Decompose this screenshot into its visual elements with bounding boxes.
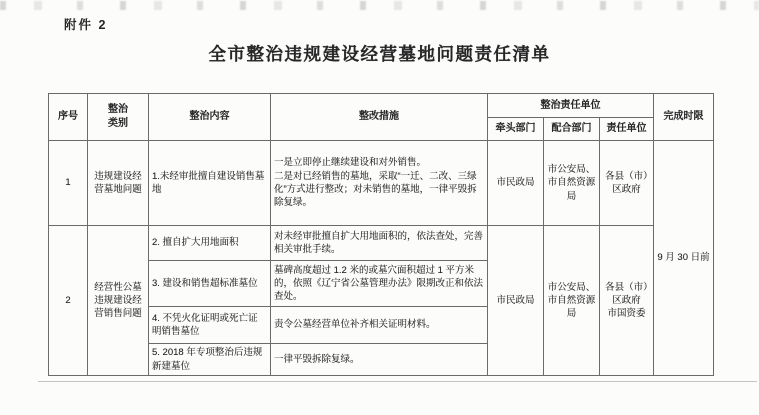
responsibility-table: 序号 整治 类别 整治内容 整改措施 整治责任单位 完成时限 牵头部门 配合部门… bbox=[48, 93, 714, 376]
cell-content: 5. 2018 年专项整治后违规新建墓位 bbox=[149, 344, 271, 376]
header-deadline: 完成时限 bbox=[654, 94, 714, 141]
cell-support-dept: 市公安局、市自然资源局 bbox=[544, 226, 600, 376]
scanned-document-page: 附件 2 全市整治违规建设经营墓地问题责任清单 序号 整治 类别 整治内容 整改… bbox=[0, 0, 759, 415]
page-title: 全市整治违规建设经营墓地问题责任清单 bbox=[0, 41, 759, 66]
cell-measures: 墓碑高度超过 1.2 米的或墓穴面积超过 1 平方米的，依照《辽宁省公墓管理办法… bbox=[271, 261, 488, 307]
table-row: 2 经营性公墓违规建设经营销售问题 2. 擅自扩大用地面积 对未经审批擅自扩大用… bbox=[49, 226, 714, 261]
header-measures: 整改措施 bbox=[271, 94, 488, 141]
cell-content: 4. 不凭火化证明或死亡证明销售墓位 bbox=[149, 307, 271, 344]
cell-seq: 1 bbox=[49, 141, 88, 226]
cell-support-dept: 市公安局、市自然资源局 bbox=[544, 141, 600, 226]
cell-lead-dept: 市民政局 bbox=[488, 141, 544, 226]
cell-content: 2. 擅自扩大用地面积 bbox=[149, 226, 271, 261]
attachment-label: 附件 2 bbox=[64, 15, 107, 33]
cell-responsible-unit: 各县（市）区政府 bbox=[600, 141, 654, 226]
header-seq: 序号 bbox=[49, 94, 88, 141]
header-support-dept: 配合部门 bbox=[544, 118, 600, 141]
scan-noise-artifact bbox=[0, 1, 759, 10]
header-lead-dept: 牵头部门 bbox=[488, 118, 544, 141]
header-row-1: 序号 整治 类别 整治内容 整改措施 整治责任单位 完成时限 bbox=[49, 94, 714, 118]
cell-category: 违规建设经营墓地问题 bbox=[88, 141, 149, 226]
cell-measures: 一律平毁拆除复绿。 bbox=[271, 344, 488, 376]
header-responsible-group: 整治责任单位 bbox=[488, 94, 654, 118]
header-responsible-unit: 责任单位 bbox=[600, 118, 654, 141]
cell-lead-dept: 市民政局 bbox=[488, 226, 544, 376]
table-row: 1 违规建设经营墓地问题 1.未经审批擅自建设销售墓地 一是立即停止继续建设和对… bbox=[49, 141, 714, 226]
header-content: 整治内容 bbox=[149, 94, 271, 141]
cell-content: 3. 建设和销售超标准墓位 bbox=[149, 261, 271, 307]
cell-responsible-unit: 各县（市）区政府 市国资委 bbox=[600, 226, 654, 376]
scan-line-artifact bbox=[38, 381, 757, 382]
cell-measures: 对未经审批擅自扩大用地面积的，依法查处，完善相关审批手续。 bbox=[271, 226, 488, 261]
cell-category: 经营性公墓违规建设经营销售问题 bbox=[88, 226, 149, 376]
cell-deadline: 9 月 30 日前 bbox=[654, 141, 714, 376]
cell-content: 1.未经审批擅自建设销售墓地 bbox=[149, 141, 271, 226]
cell-seq: 2 bbox=[49, 226, 88, 376]
header-category: 整治 类别 bbox=[88, 94, 149, 141]
cell-measures: 一是立即停止继续建设和对外销售。 二是对已经销售的墓地，采取“一迁、二改、三绿化… bbox=[271, 141, 488, 226]
cell-measures: 责令公墓经营单位补齐相关证明材料。 bbox=[271, 307, 488, 344]
